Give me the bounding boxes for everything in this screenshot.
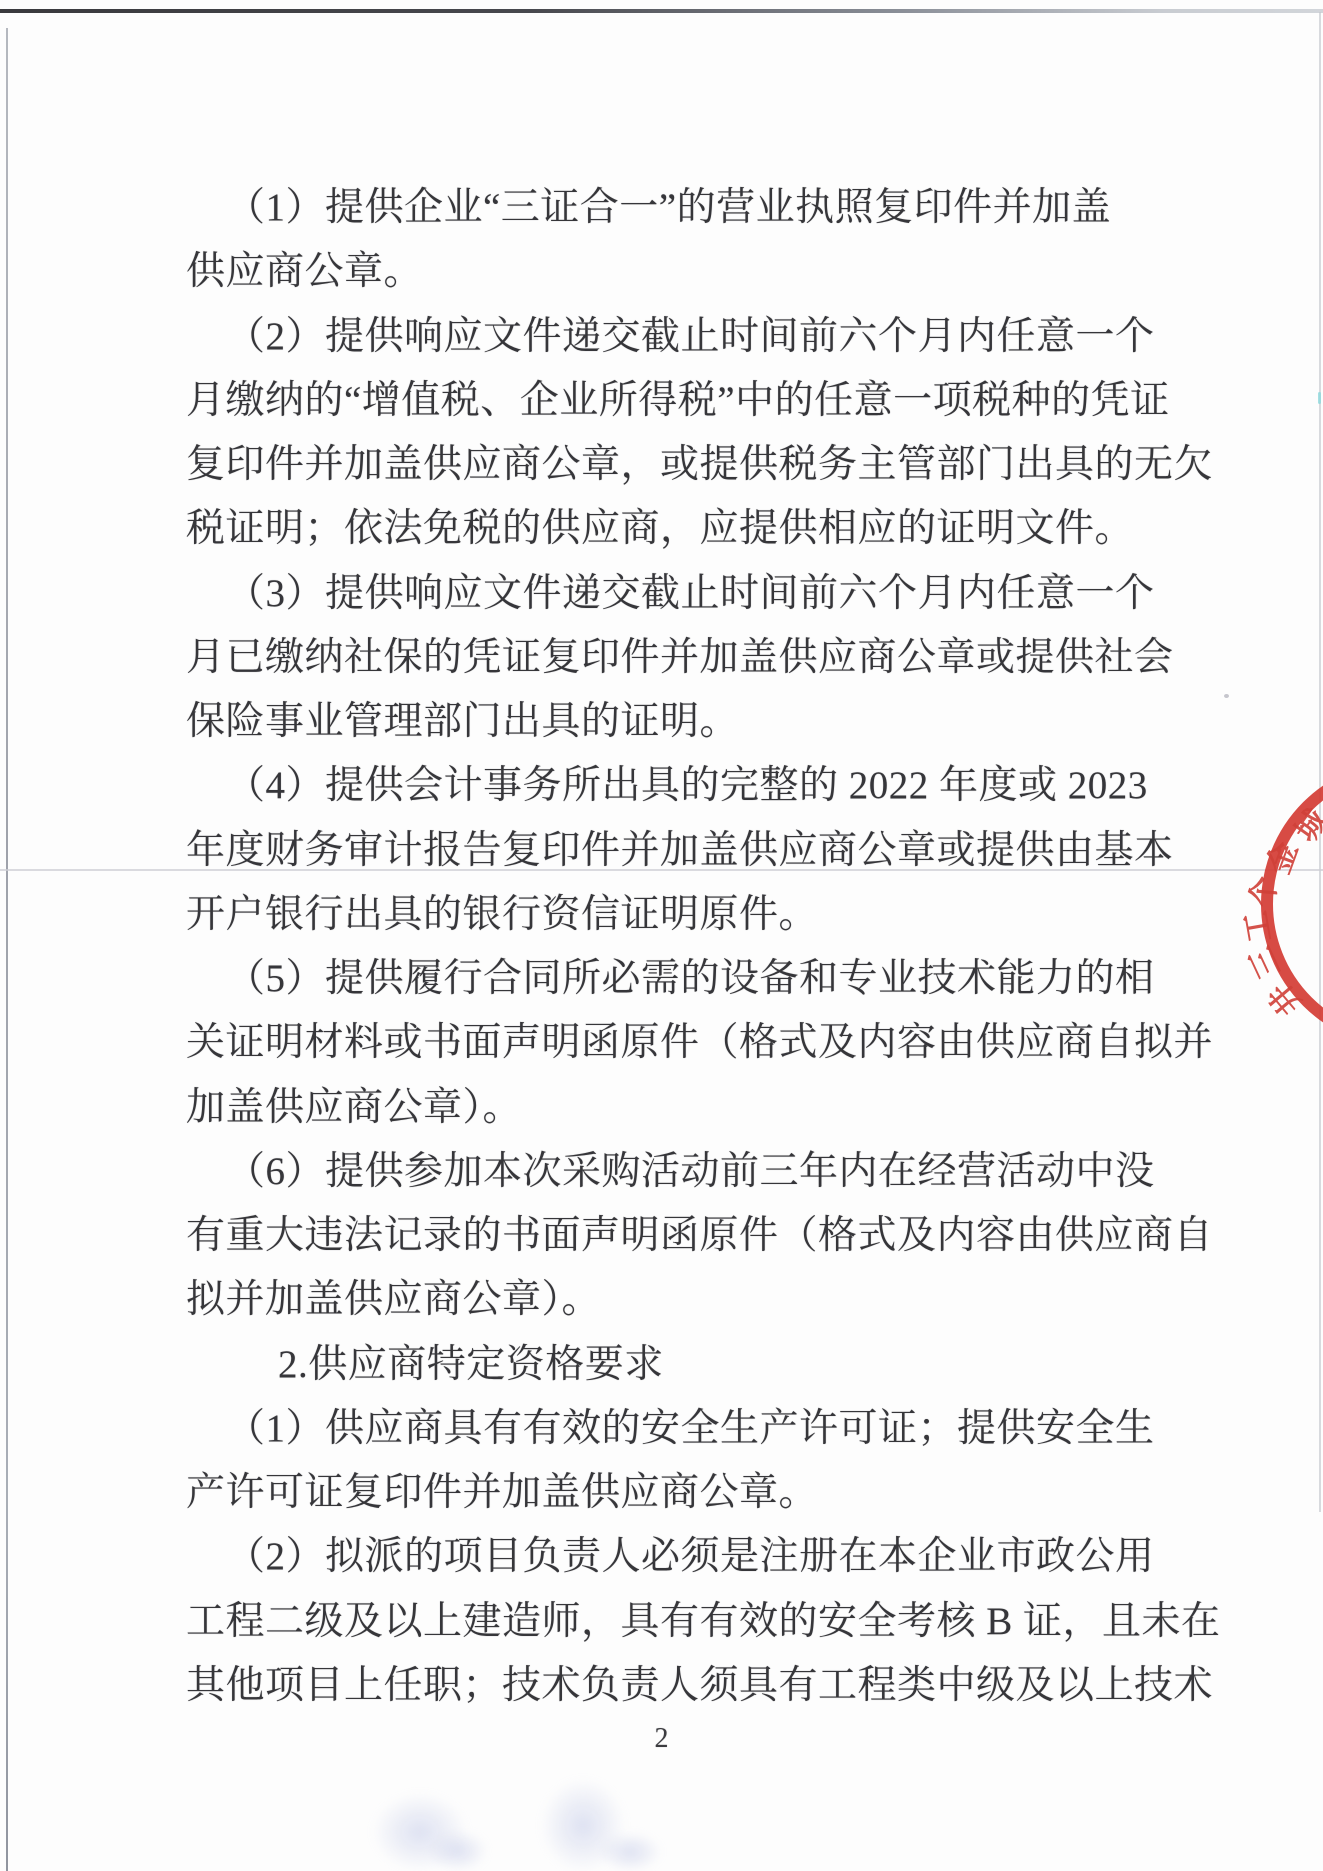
text-line: （5）提供履行合同所必需的设备和专业技术能力的相 bbox=[186, 947, 1216, 1011]
red-seal-stamp-icon: 城 金 个 工 三 井 bbox=[1253, 762, 1323, 1054]
text-line: 开户银行出具的银行资信证明原件。 bbox=[186, 883, 1216, 947]
seal-char: 工 bbox=[1238, 908, 1278, 945]
scan-speck bbox=[1318, 392, 1321, 404]
text-line: 工程二级及以上建造师，具有有效的安全考核 B 证，且未在 bbox=[186, 1590, 1216, 1654]
text-line: 其他项目上任职；技术负责人须具有工程类中级及以上技术 bbox=[186, 1654, 1216, 1718]
text-line: 月缴纳的“增值税、企业所得税”中的任意一项税种的凭证 bbox=[186, 369, 1216, 433]
text-line: 税证明；依法免税的供应商，应提供相应的证明文件。 bbox=[186, 497, 1216, 561]
text-line: 供应商公章。 bbox=[186, 240, 1216, 304]
seal-char: 城 bbox=[1288, 803, 1323, 848]
scan-speck bbox=[1224, 694, 1229, 698]
text-line: （1）供应商具有有效的安全生产许可证；提供安全生 bbox=[186, 1397, 1216, 1461]
seal-char: 三 bbox=[1243, 941, 1288, 984]
text-line: 有重大违法记录的书面声明函原件（格式及内容由供应商自 bbox=[186, 1204, 1216, 1268]
text-line: （1）提供企业“三证合一”的营业执照复印件并加盖 bbox=[186, 176, 1216, 240]
text-line: 月已缴纳社保的凭证复印件并加盖供应商公章或提供社会 bbox=[186, 626, 1216, 690]
text-line: 复印件并加盖供应商公章，或提供税务主管部门出具的无欠 bbox=[186, 433, 1216, 497]
text-line: （2）拟派的项目负责人必须是注册在本企业市政公用 bbox=[186, 1525, 1216, 1589]
text-line: 保险事业管理部门出具的证明。 bbox=[186, 690, 1216, 754]
document-body: （1）提供企业“三证合一”的营业执照复印件并加盖 供应商公章。 （2）提供响应文… bbox=[186, 176, 1216, 1718]
page-number: 2 bbox=[0, 1720, 1323, 1758]
text-line: （2）提供响应文件递交截止时间前六个月内任意一个 bbox=[186, 305, 1216, 369]
text-line: （4）提供会计事务所出具的完整的 2022 年度或 2023 bbox=[186, 754, 1216, 818]
scan-smudge bbox=[598, 1832, 662, 1871]
text-line: 拟并加盖供应商公章）。 bbox=[186, 1268, 1216, 1332]
text-line: （3）提供响应文件递交截止时间前六个月内任意一个 bbox=[186, 562, 1216, 626]
text-line: （6）提供参加本次采购活动前三年内在经营活动中没 bbox=[186, 1140, 1216, 1204]
scan-smudge bbox=[428, 1830, 488, 1871]
text-line: 年度财务审计报告复印件并加盖供应商公章或提供由基本 bbox=[186, 819, 1216, 883]
scan-edge-top bbox=[0, 9, 1323, 13]
section-heading: 2.供应商特定资格要求 bbox=[186, 1333, 1216, 1397]
seal-char: 井 bbox=[1262, 976, 1309, 1022]
text-line: 加盖供应商公章）。 bbox=[186, 1076, 1216, 1140]
seal-char: 个 bbox=[1245, 875, 1283, 909]
scan-edge-left bbox=[6, 28, 8, 1871]
text-line: 产许可证复印件并加盖供应商公章。 bbox=[186, 1461, 1216, 1525]
text-line: 关证明材料或书面声明函原件（格式及内容由供应商自拟并 bbox=[186, 1011, 1216, 1075]
